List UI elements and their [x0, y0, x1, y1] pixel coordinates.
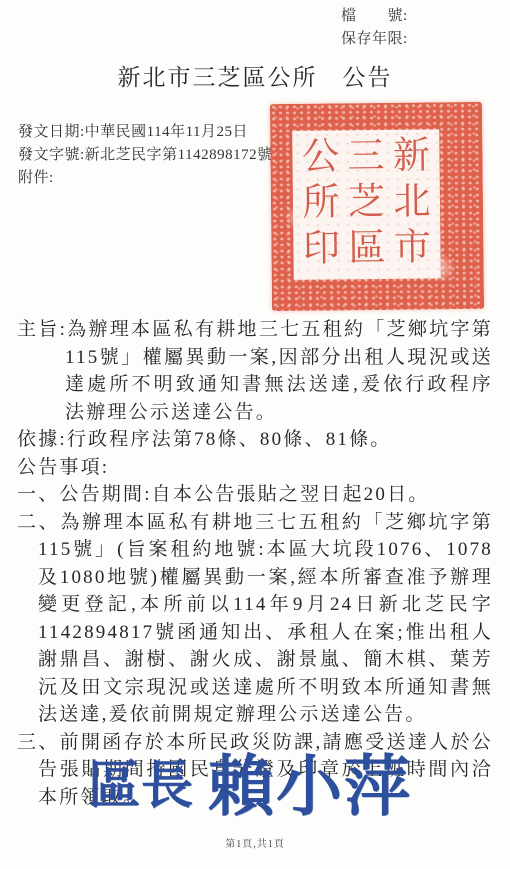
issue-date-value: 中華民國114年11月25日: [85, 124, 248, 140]
seal-column-right: 新北市: [391, 133, 432, 275]
subject-paragraph: 主旨:為辦理本區私有耕地三七五租約「芝鄉坑字第115號」權屬異動一案,因部分出租…: [17, 316, 493, 426]
item-1-text: 公告期間:自本公告張貼之翌日起20日。: [59, 484, 429, 505]
basis-paragraph: 依據:行政程序法第78條、80條、81條。: [17, 426, 493, 454]
basis-text: 行政程序法第78條、80條、81條。: [67, 429, 392, 450]
subject-label: 主旨:: [17, 319, 67, 340]
issue-date-label: 發文日期:: [18, 124, 85, 140]
retention-period-label: 保存年限:: [341, 28, 408, 51]
file-number-label: 檔 號:: [341, 5, 408, 28]
doc-number-line: 發文字號:新北芝民字第1142898172號: [18, 144, 273, 167]
signature-title: 區長: [88, 743, 194, 818]
item-3-number: 三、: [17, 732, 60, 753]
page-number-footer: 第1頁,共1頁: [0, 835, 510, 850]
item-2-text: 為辦理本區私有耕地三七五租約「芝鄉坑字第115號」(旨案租約地號:本區大坑段10…: [38, 512, 493, 726]
document-meta: 發文日期:中華民國114年11月25日 發文字號:新北芝民字第114289817…: [18, 121, 273, 190]
attachment-label: 附件:: [18, 170, 54, 186]
seal-column-left: 公所印: [300, 134, 341, 276]
file-header-block: 檔 號: 保存年限:: [341, 5, 408, 51]
item-1-number: 一、: [17, 484, 59, 505]
item-2-number: 二、: [17, 512, 60, 533]
seal-inner-face: 新北市 三芝區 公所印: [292, 129, 441, 280]
doc-number-value: 新北芝民字第1142898172號: [85, 147, 273, 163]
district-chief-signature-stamp: 區長 賴小萍: [88, 738, 428, 822]
issue-date-line: 發文日期:中華民國114年11月25日: [18, 121, 273, 144]
announcement-document: 檔 號: 保存年限: 新北市三芝區公所 公告 發文日期:中華民國114年11月2…: [0, 0, 510, 869]
signature-name: 賴小萍: [208, 733, 412, 828]
official-red-seal: 新北市 三芝區 公所印: [270, 102, 484, 311]
subject-text: 為辦理本區私有耕地三七五租約「芝鄉坑字第115號」權屬異動一案,因部分出租人現況…: [65, 319, 493, 423]
items-heading: 公告事項:: [17, 454, 493, 482]
announcement-item-1: 一、公告期間:自本公告張貼之翌日起20日。: [17, 481, 493, 509]
basis-label: 依據:: [17, 429, 67, 450]
page-title: 新北市三芝區公所 公告: [0, 59, 510, 92]
attachment-line: 附件:: [18, 167, 273, 190]
doc-number-label: 發文字號:: [18, 147, 85, 163]
announcement-item-2: 二、為辦理本區私有耕地三七五租約「芝鄉坑字第115號」(旨案租約地號:本區大坑段…: [17, 509, 493, 729]
seal-column-middle: 三芝區: [346, 134, 387, 276]
